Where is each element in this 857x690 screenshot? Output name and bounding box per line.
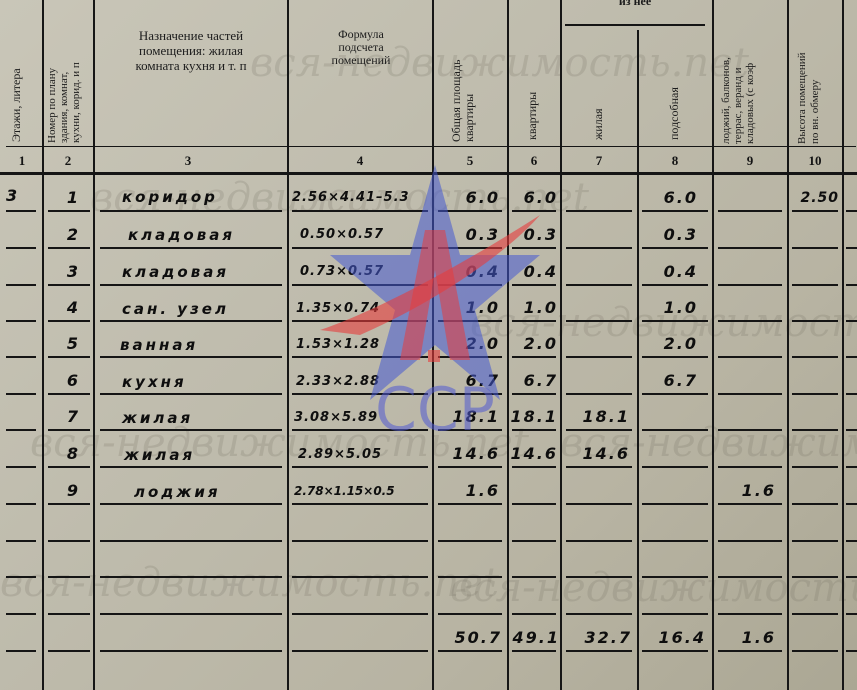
- row-rule: [512, 466, 556, 468]
- cell-room-number: 7: [50, 407, 80, 426]
- row-rule: [792, 356, 838, 358]
- column-number: 2: [44, 153, 92, 169]
- column-rule: [842, 0, 844, 690]
- cell-apartment-area: 2.0: [510, 334, 558, 353]
- row-rule: [100, 393, 282, 395]
- row-rule: [48, 503, 90, 505]
- cell-total-area: 6.7: [436, 371, 500, 390]
- row-rule: [48, 356, 90, 358]
- row-rule: [512, 650, 556, 652]
- row-rule: [438, 540, 502, 542]
- column-number: 4: [289, 153, 431, 169]
- row-rule: [642, 650, 708, 652]
- header-line: комната кухня и т. п: [96, 58, 286, 73]
- row-rule: [718, 466, 782, 468]
- row-rule: [6, 284, 36, 286]
- row-rule: [792, 247, 838, 249]
- row-rule: [512, 210, 556, 212]
- row-rule: [718, 540, 782, 542]
- row-rule: [292, 356, 428, 358]
- watermark-text: вся-недвижимость.net: [0, 560, 499, 606]
- column-header-floor: Этажи, литера: [10, 42, 23, 142]
- row-rule: [718, 210, 782, 212]
- row-rule: [100, 540, 282, 542]
- cell-floor: 3: [6, 186, 26, 205]
- row-rule: [48, 466, 90, 468]
- column-number: 1: [2, 153, 42, 169]
- row-rule: [100, 356, 282, 358]
- cell-total-area: 2.0: [436, 334, 500, 353]
- row-rule: [512, 393, 556, 395]
- row-rule: [438, 356, 502, 358]
- row-rule: [846, 247, 857, 249]
- row-rule: [6, 503, 36, 505]
- column-number: 5: [434, 153, 506, 169]
- row-rule: [566, 613, 632, 615]
- header-line: помещений: [290, 54, 432, 67]
- row-rule: [792, 320, 838, 322]
- row-rule: [100, 466, 282, 468]
- cell-purpose: жилая: [122, 409, 193, 427]
- row-rule: [642, 393, 708, 395]
- row-rule: [292, 466, 428, 468]
- row-rule: [566, 356, 632, 358]
- auxiliary-area-sum: 16.4: [640, 628, 706, 647]
- column-header-total-area: Общая площадь квартиры: [450, 10, 476, 142]
- row-rule: [718, 429, 782, 431]
- row-rule: [100, 429, 282, 431]
- row-rule: [718, 247, 782, 249]
- cell-room-number: 6: [50, 371, 80, 390]
- cell-purpose: кладовая: [128, 226, 235, 244]
- column-number: 9: [714, 153, 786, 169]
- header-line: помещения: жилая: [96, 43, 286, 58]
- row-rule: [292, 613, 428, 615]
- column-number: 6: [509, 153, 559, 169]
- row-rule: [292, 503, 428, 505]
- column-rule: [432, 0, 434, 690]
- row-rule: [718, 576, 782, 578]
- column-number: 10: [789, 153, 841, 169]
- row-rule: [792, 503, 838, 505]
- cell-apartment-area: 18.1: [510, 407, 558, 426]
- row-rule: [846, 356, 857, 358]
- row-rule: [642, 320, 708, 322]
- row-rule: [6, 576, 36, 578]
- column-header-apartment: квартиры: [526, 60, 539, 140]
- cell-purpose: коридор: [122, 188, 218, 206]
- row-rule: [512, 284, 556, 286]
- row-rule: [642, 613, 708, 615]
- cell-apartment-area: 1.0: [510, 298, 558, 317]
- cell-formula: 0.50×0.57: [300, 227, 430, 242]
- column-rule: [787, 0, 789, 690]
- row-rule: [846, 429, 857, 431]
- cell-formula: 3.08×5.89: [294, 410, 430, 425]
- cell-total-area: 1.6: [436, 481, 500, 500]
- row-rule: [718, 320, 782, 322]
- row-rule: [100, 613, 282, 615]
- row-rule: [6, 356, 36, 358]
- row-rule: [6, 429, 36, 431]
- row-rule: [438, 466, 502, 468]
- row-rule: [566, 247, 632, 249]
- row-rule: [48, 429, 90, 431]
- cell-formula: 2.33×2.88: [296, 374, 430, 389]
- row-rule: [566, 466, 632, 468]
- cell-purpose: кладовая: [122, 263, 229, 281]
- living-area-sum: 32.7: [566, 628, 632, 647]
- column-group-header: из нее: [565, 0, 705, 8]
- row-rule: [6, 210, 36, 212]
- row-rule: [100, 650, 282, 652]
- row-rule: [512, 247, 556, 249]
- row-rule: [438, 320, 502, 322]
- column-rule: [560, 0, 562, 690]
- cell-purpose: ванная: [120, 336, 198, 354]
- row-rule: [292, 284, 428, 286]
- row-rule: [846, 613, 857, 615]
- row-rule: [292, 247, 428, 249]
- row-rule: [100, 210, 282, 212]
- header-line: квартиры: [462, 94, 476, 142]
- row-rule: [642, 576, 708, 578]
- row-rule: [512, 356, 556, 358]
- row-rule: [642, 466, 708, 468]
- column-rule: [93, 0, 95, 690]
- cell-room-number: 4: [50, 298, 80, 317]
- row-rule: [48, 247, 90, 249]
- row-rule: [846, 576, 857, 578]
- row-rule: [6, 540, 36, 542]
- header-line: лоджий, балконов,: [720, 57, 732, 144]
- row-rule: [512, 613, 556, 615]
- row-rule: [718, 503, 782, 505]
- column-number: 8: [639, 153, 711, 169]
- row-rule: [48, 393, 90, 395]
- column-rule: [712, 0, 714, 690]
- cell-total-area: 14.6: [436, 444, 500, 463]
- cell-auxiliary-area: 6.7: [640, 371, 698, 390]
- row-rule: [566, 650, 632, 652]
- header-bottom-rule: [0, 172, 857, 175]
- row-rule: [846, 540, 857, 542]
- row-rule: [100, 576, 282, 578]
- cell-formula: 0.73×0.57: [300, 264, 430, 279]
- cell-formula: 2.89×5.05: [298, 447, 430, 462]
- row-rule: [48, 210, 90, 212]
- cell-apartment-area: 6.7: [510, 371, 558, 390]
- row-rule: [100, 284, 282, 286]
- header-line: кухни, корид. и п: [70, 62, 82, 143]
- cell-auxiliary-area: 0.3: [640, 225, 698, 244]
- cell-height: 2.50: [789, 190, 839, 206]
- row-rule: [846, 284, 857, 286]
- cell-room-number: 2: [50, 225, 80, 244]
- header-line: здания, комнат,: [58, 72, 70, 143]
- row-rule: [438, 284, 502, 286]
- row-rule: [792, 393, 838, 395]
- row-rule: [292, 210, 428, 212]
- cell-total-area: 0.4: [436, 262, 500, 281]
- header-rule: [6, 146, 856, 147]
- column-header-living: жилая: [592, 90, 605, 140]
- header-line: по вн. обмеру: [809, 80, 821, 144]
- row-rule: [512, 320, 556, 322]
- row-rule: [6, 393, 36, 395]
- row-rule: [846, 466, 857, 468]
- row-rule: [438, 503, 502, 505]
- column-header-purpose: Назначение частей помещения: жилая комна…: [96, 28, 286, 73]
- row-rule: [438, 247, 502, 249]
- row-rule: [792, 650, 838, 652]
- cell-apartment-area: 0.4: [510, 262, 558, 281]
- cell-purpose: кухня: [122, 373, 187, 391]
- header-line: Общая площадь: [449, 60, 463, 142]
- row-rule: [100, 503, 282, 505]
- header-line: Высота помещений: [796, 52, 808, 144]
- row-rule: [566, 284, 632, 286]
- row-rule: [642, 356, 708, 358]
- row-rule: [566, 503, 632, 505]
- cell-apartment-area: 6.0: [510, 188, 558, 207]
- header-line: Назначение частей: [96, 28, 286, 43]
- row-rule: [512, 503, 556, 505]
- row-rule: [642, 247, 708, 249]
- row-rule: [438, 576, 502, 578]
- row-rule: [792, 576, 838, 578]
- row-rule: [292, 540, 428, 542]
- column-rule: [42, 0, 44, 690]
- row-rule: [846, 503, 857, 505]
- cell-formula: 1.35×0.74: [296, 301, 430, 316]
- cell-total-area: 6.0: [436, 188, 500, 207]
- cell-total-area: 18.1: [436, 407, 500, 426]
- row-rule: [48, 613, 90, 615]
- row-rule: [718, 613, 782, 615]
- column-rule: [287, 0, 289, 690]
- watermark-text: вся-недвижимость.net: [450, 565, 857, 611]
- cell-apartment-area: 14.6: [510, 444, 558, 463]
- row-rule: [566, 320, 632, 322]
- loggia-area-sum: 1.6: [716, 628, 776, 647]
- row-rule: [846, 650, 857, 652]
- cell-purpose: сан. узел: [122, 300, 229, 318]
- column-header-height: Высота помещений по вн. обмеру: [796, 4, 822, 144]
- row-rule: [292, 320, 428, 322]
- row-rule: [292, 393, 428, 395]
- row-rule: [792, 210, 838, 212]
- row-rule: [792, 466, 838, 468]
- row-rule: [438, 210, 502, 212]
- row-rule: [642, 503, 708, 505]
- row-rule: [6, 320, 36, 322]
- row-rule: [792, 429, 838, 431]
- header-line: кладовых (с коэф: [744, 63, 756, 144]
- row-rule: [566, 540, 632, 542]
- cell-apartment-area: 0.3: [510, 225, 558, 244]
- group-rule: [565, 24, 705, 26]
- row-rule: [100, 247, 282, 249]
- total-area-sum: 50.7: [436, 628, 502, 647]
- row-rule: [438, 613, 502, 615]
- cell-living-area: 18.1: [566, 407, 630, 426]
- row-rule: [438, 650, 502, 652]
- row-rule: [48, 540, 90, 542]
- cell-loggia-area: 1.6: [716, 481, 776, 500]
- row-rule: [792, 284, 838, 286]
- row-rule: [6, 466, 36, 468]
- cell-formula: 1.53×1.28: [296, 337, 430, 352]
- cell-room-number: 9: [50, 481, 80, 500]
- row-rule: [792, 540, 838, 542]
- row-rule: [642, 210, 708, 212]
- cell-formula: 2.56×4.41–5.3: [292, 190, 430, 205]
- column-header-formula: Формула подсчета помещений: [290, 28, 432, 67]
- row-rule: [566, 429, 632, 431]
- row-rule: [718, 650, 782, 652]
- column-number: 3: [89, 153, 287, 169]
- cell-auxiliary-area: 1.0: [640, 298, 698, 317]
- row-rule: [292, 650, 428, 652]
- column-header-auxiliary: подсобная: [668, 60, 681, 140]
- row-rule: [642, 284, 708, 286]
- row-rule: [642, 540, 708, 542]
- cell-room-number: 1: [50, 188, 80, 207]
- row-rule: [6, 247, 36, 249]
- row-rule: [48, 576, 90, 578]
- cell-total-area: 1.0: [436, 298, 500, 317]
- cell-auxiliary-area: 6.0: [640, 188, 698, 207]
- column-number: 7: [562, 153, 636, 169]
- row-rule: [846, 320, 857, 322]
- column-rule: [637, 30, 639, 690]
- cell-total-area: 0.3: [436, 225, 500, 244]
- header-line: Номер по плану: [46, 68, 58, 143]
- row-rule: [718, 356, 782, 358]
- row-rule: [100, 320, 282, 322]
- row-rule: [566, 210, 632, 212]
- cell-formula: 2.78×1.15×0.5: [294, 484, 432, 498]
- column-header-loggias: лоджий, балконов, террас, веранд и кладо…: [720, 4, 756, 144]
- row-rule: [48, 320, 90, 322]
- row-rule: [292, 576, 428, 578]
- cell-room-number: 8: [50, 444, 80, 463]
- cell-auxiliary-area: 0.4: [640, 262, 698, 281]
- row-rule: [566, 393, 632, 395]
- row-rule: [846, 210, 857, 212]
- header-line: террас, веранд и: [732, 68, 744, 144]
- row-rule: [566, 576, 632, 578]
- row-rule: [48, 284, 90, 286]
- row-rule: [292, 429, 428, 431]
- column-header-room-number: Номер по плану здания, комнат, кухни, ко…: [46, 8, 82, 143]
- column-rule: [507, 0, 509, 690]
- row-rule: [438, 393, 502, 395]
- row-rule: [512, 429, 556, 431]
- cell-living-area: 14.6: [566, 444, 630, 463]
- cell-room-number: 5: [50, 334, 80, 353]
- cell-purpose: лоджия: [134, 483, 220, 501]
- row-rule: [48, 650, 90, 652]
- cell-room-number: 3: [50, 262, 80, 281]
- cell-auxiliary-area: 2.0: [640, 334, 698, 353]
- cell-purpose: жилая: [124, 446, 195, 464]
- row-rule: [846, 393, 857, 395]
- row-rule: [718, 284, 782, 286]
- row-rule: [718, 393, 782, 395]
- row-rule: [512, 540, 556, 542]
- row-rule: [438, 429, 502, 431]
- row-rule: [6, 613, 36, 615]
- row-rule: [6, 650, 36, 652]
- row-rule: [512, 576, 556, 578]
- apartment-area-sum: 49.1: [510, 628, 560, 647]
- row-rule: [792, 613, 838, 615]
- row-rule: [642, 429, 708, 431]
